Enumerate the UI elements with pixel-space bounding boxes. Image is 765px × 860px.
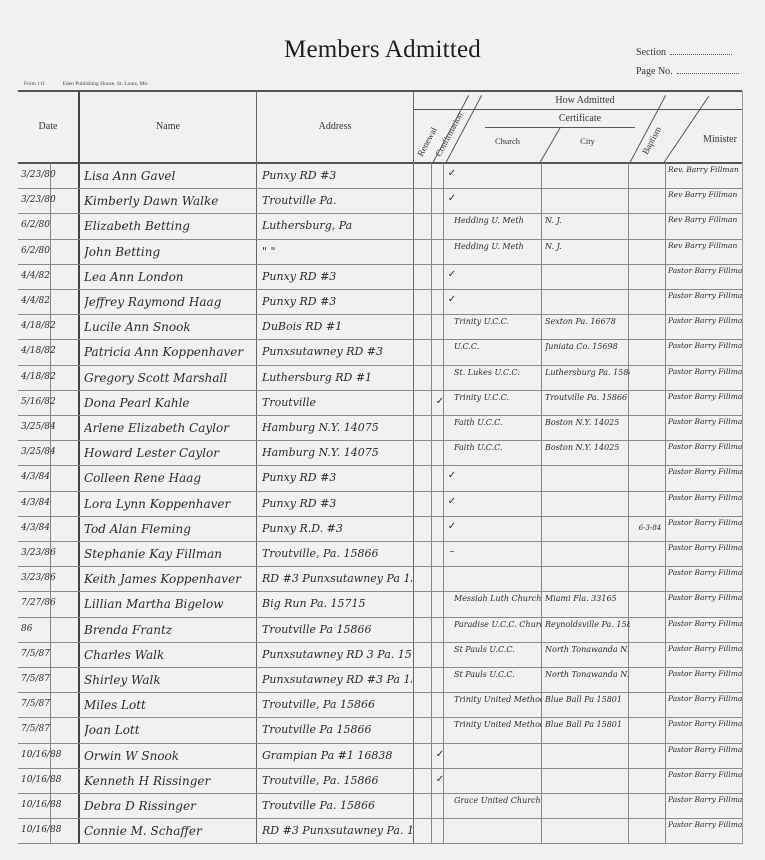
date-cell: 3/23/80 (21, 188, 79, 213)
baptism-cell (630, 818, 670, 843)
address-cell: RD #3 Punxsutawney Pa 15767 (262, 566, 412, 591)
church-cell: Hedding U. Meth (454, 239, 542, 267)
city-cell: North Tonawanda N.Y. 14120 (545, 667, 630, 695)
date-cell: 3/25/84 (21, 415, 79, 440)
baptism-cell (630, 390, 670, 415)
city-cell: Boston N.Y. 14025 (545, 415, 630, 443)
table-row[interactable]: 86 Brenda Frantz Troutville Pa 15866 Par… (18, 617, 742, 642)
date-cell: 4/3/84 (21, 491, 79, 516)
church-cell (454, 289, 542, 317)
table-row[interactable]: 4/3/84 Colleen Rene Haag Punxy RD #3 ✓ P… (18, 465, 742, 490)
city-cell (545, 491, 630, 519)
baptism-cell (630, 692, 670, 717)
name-cell: Howard Lester Caylor (84, 440, 256, 465)
minister-cell: Pastor Barry Fillman (668, 591, 742, 618)
baptism-cell (630, 163, 670, 188)
baptism-cell (630, 617, 670, 642)
city-cell (545, 289, 630, 317)
name-cell: Patricia Ann Koppenhaver (84, 339, 256, 364)
baptism-cell: 6-3-84 (630, 516, 670, 541)
column-church: Church (475, 136, 540, 146)
minister-cell: Rev Barry Fillman (668, 239, 742, 266)
baptism-cell (630, 566, 670, 591)
baptism-cell (630, 188, 670, 213)
address-cell: Punxy RD #3 (262, 264, 412, 289)
name-cell: Elizabeth Betting (84, 213, 256, 238)
minister-cell: Pastor Barry Fillman (668, 642, 742, 669)
city-cell: Juniata Co. 15698 (545, 339, 630, 367)
date-cell: 7/5/87 (21, 717, 79, 742)
column-address: Address (257, 121, 413, 132)
date-cell: 10/16/88 (21, 768, 79, 793)
name-cell: Debra D Rissinger (84, 793, 256, 818)
address-cell: Punxsutawney RD #3 Pa 15767 (262, 667, 412, 692)
address-cell: Punxy R.D. #3 (262, 516, 412, 541)
publisher: Eden Publishing House, St. Louis, Mo. (63, 81, 149, 87)
name-cell: John Betting (84, 239, 256, 264)
church-cell (454, 465, 542, 493)
minister-cell: Pastor Barry Fillman (668, 541, 742, 568)
date-cell: 7/5/87 (21, 692, 79, 717)
address-cell: Luthersburg, Pa (262, 213, 412, 238)
church-cell: Hedding U. Meth (454, 213, 542, 241)
date-cell: 10/16/88 (21, 818, 79, 843)
city-cell: Reynoldsville Pa. 15851 (545, 617, 630, 645)
table-row[interactable]: 3/23/86 Stephanie Kay Fillman Troutville… (18, 541, 742, 566)
church-cell: St Pauls U.C.C. (454, 642, 542, 670)
city-cell (545, 465, 630, 493)
address-cell: Troutville Pa 15866 (262, 717, 412, 742)
table-row[interactable]: 3/23/80 Kimberly Dawn Walke Troutville P… (18, 188, 742, 213)
section-label: Section (636, 47, 732, 58)
address-cell: " " (262, 239, 412, 264)
city-cell: Blue Ball Pa 15801 (545, 717, 630, 745)
table-row[interactable]: 4/4/82 Jeffrey Raymond Haag Punxy RD #3 … (18, 289, 742, 314)
name-cell: Orwin W Snook (84, 743, 256, 768)
table-row[interactable]: 7/5/87 Miles Lott Troutville, Pa 15866 T… (18, 692, 742, 717)
column-certificate: Certificate (505, 113, 655, 124)
minister-cell: Pastor Barry Fillman (668, 717, 742, 744)
date-cell: 3/25/84 (21, 440, 79, 465)
minister-cell: Rev. Barry Fillman (668, 163, 742, 190)
table-row[interactable]: 4/3/84 Lora Lynn Koppenhaver Punxy RD #3… (18, 491, 742, 516)
city-cell: Blue Ball Pa 15801 (545, 692, 630, 720)
city-cell: North Tonawanda N.Y. 14120 (545, 642, 630, 670)
name-cell: Lora Lynn Koppenhaver (84, 491, 256, 516)
name-cell: Gregory Scott Marshall (84, 365, 256, 390)
date-cell: 3/23/86 (21, 566, 79, 591)
minister-cell: Pastor Barry Fillman (668, 743, 742, 770)
church-cell: Trinity United Methodist Church (454, 717, 542, 745)
name-cell: Joan Lott (84, 717, 256, 742)
baptism-cell (630, 667, 670, 692)
date-cell: 10/16/88 (21, 793, 79, 818)
church-cell: Paradise U.C.C. Church (454, 617, 542, 645)
name-cell: Jeffrey Raymond Haag (84, 289, 256, 314)
table-row[interactable]: 7/5/87 Charles Walk Punxsutawney RD 3 Pa… (18, 642, 742, 667)
minister-cell: Pastor Barry Fillman (668, 516, 742, 543)
name-cell: Lucile Ann Snook (84, 314, 256, 339)
name-cell: Tod Alan Fleming (84, 516, 256, 541)
church-cell: Messiah Luth Church (454, 591, 542, 619)
city-cell: N. J. (545, 239, 630, 267)
table-row[interactable]: 10/16/88 Connie M. Schaffer RD #3 Punxsu… (18, 818, 742, 843)
name-cell: Arlene Elizabeth Caylor (84, 415, 256, 440)
name-cell: Miles Lott (84, 692, 256, 717)
minister-cell: Pastor Barry Fillman (668, 465, 742, 492)
column-name: Name (80, 121, 256, 132)
minister-cell: Rev Barry Fillman (668, 188, 742, 215)
name-cell: Connie M. Schaffer (84, 818, 256, 843)
church-cell: Grace United Church Sykesville (454, 793, 542, 821)
table-row[interactable]: 7/5/87 Joan Lott Troutville Pa 15866 Tri… (18, 717, 742, 742)
name-cell: Kimberly Dawn Walke (84, 188, 256, 213)
date-cell: 4/3/84 (21, 516, 79, 541)
date-cell: 6/2/80 (21, 239, 79, 264)
date-cell: 4/18/82 (21, 314, 79, 339)
minister-cell: Pastor Barry Fillman (668, 289, 742, 316)
city-cell: Miami Fla. 33165 (545, 591, 630, 619)
baptism-cell (630, 339, 670, 364)
baptism-cell (630, 642, 670, 667)
city-cell (545, 188, 630, 216)
church-cell: U.C.C. (454, 339, 542, 367)
address-cell: Troutville, Pa. 15866 (262, 768, 412, 793)
table-row[interactable]: 10/16/88 Orwin W Snook Grampian Pa #1 16… (18, 743, 742, 768)
address-cell: Troutville, Pa. 15866 (262, 541, 412, 566)
baptism-cell (630, 768, 670, 793)
baptism-cell (630, 239, 670, 264)
table-row[interactable]: 3/25/84 Arlene Elizabeth Caylor Hamburg … (18, 415, 742, 440)
address-cell: Punxy RD #3 (262, 163, 412, 188)
address-cell: Troutville Pa. (262, 188, 412, 213)
address-cell: Troutville Pa 15866 (262, 617, 412, 642)
minister-cell: Pastor Barry Fillman (668, 491, 742, 518)
minister-cell: Rev Barry Fillman (668, 213, 742, 240)
table-row[interactable]: 10/16/88 Kenneth H Rissinger Troutville,… (18, 768, 742, 793)
table-row[interactable]: 3/23/80 Lisa Ann Gavel Punxy RD #3 ✓ Rev… (18, 163, 742, 188)
city-cell (545, 768, 630, 796)
date-cell: 4/18/82 (21, 339, 79, 364)
name-cell: Shirley Walk (84, 667, 256, 692)
page-label-text: Page No. (636, 66, 673, 77)
date-cell: 4/3/84 (21, 465, 79, 490)
date-cell: 7/5/87 (21, 667, 79, 692)
column-minister: Minister (690, 134, 750, 145)
minister-cell: Pastor Barry Fillman (668, 793, 742, 820)
minister-cell: Pastor Barry Fillman (668, 365, 742, 392)
minister-cell: Pastor Barry Fillman (668, 667, 742, 694)
baptism-cell (630, 793, 670, 818)
name-cell: Lea Ann London (84, 264, 256, 289)
table-row[interactable]: 4/18/82 Lucile Ann Snook DuBois RD #1 Tr… (18, 314, 742, 339)
date-cell: 4/18/82 (21, 365, 79, 390)
table-row[interactable]: 6/2/80 John Betting " " Hedding U. Meth … (18, 239, 742, 264)
church-cell (454, 264, 542, 292)
church-cell: Trinity U.C.C. (454, 390, 542, 418)
city-cell: Sexton Pa. 16678 (545, 314, 630, 342)
city-cell (545, 541, 630, 569)
date-cell: 4/4/82 (21, 289, 79, 314)
name-cell: Keith James Koppenhaver (84, 566, 256, 591)
table-row[interactable]: 7/27/86 Lillian Martha Bigelow Big Run P… (18, 591, 742, 616)
address-cell: Grampian Pa #1 16838 (262, 743, 412, 768)
column-date: Date (18, 121, 78, 132)
name-cell: Stephanie Kay Fillman (84, 541, 256, 566)
date-cell: 3/23/86 (21, 541, 79, 566)
address-cell: Punxy RD #3 (262, 491, 412, 516)
address-cell: Punxsutawney RD #3 (262, 339, 412, 364)
city-cell: Luthersburg Pa. 15848 (545, 365, 630, 393)
table-row[interactable]: 6/2/80 Elizabeth Betting Luthersburg, Pa… (18, 213, 742, 238)
minister-cell: Pastor Barry Fillman (668, 818, 742, 845)
church-cell: Trinity U.C.C. (454, 314, 542, 342)
table-row[interactable]: 3/23/86 Keith James Koppenhaver RD #3 Pu… (18, 566, 742, 591)
church-cell (454, 743, 542, 771)
date-cell: 4/4/82 (21, 264, 79, 289)
city-cell (545, 743, 630, 771)
date-cell: 5/16/82 (21, 390, 79, 415)
address-cell: Luthersburg RD #1 (262, 365, 412, 390)
church-cell: St. Lukes U.C.C. (454, 365, 542, 393)
address-cell: DuBois RD #1 (262, 314, 412, 339)
address-cell: Punxy RD #3 (262, 289, 412, 314)
church-cell: Faith U.C.C. (454, 440, 542, 468)
date-cell: 7/5/87 (21, 642, 79, 667)
minister-cell: Pastor Barry Fillman (668, 390, 742, 417)
register-page: Members Admitted Section Page No. Form 1… (0, 0, 765, 860)
address-cell: RD #3 Punxsutawney Pa. 15767 (262, 818, 412, 843)
table-row[interactable]: 4/18/82 Patricia Ann Koppenhaver Punxsut… (18, 339, 742, 364)
name-cell: Dona Pearl Kahle (84, 390, 256, 415)
baptism-cell (630, 717, 670, 742)
date-cell: 7/27/86 (21, 591, 79, 616)
form-info: Form 111 Eden Publishing House, St. Loui… (24, 81, 165, 87)
city-cell: N. J. (545, 213, 630, 241)
table-row[interactable]: 4/18/82 Gregory Scott Marshall Luthersbu… (18, 365, 742, 390)
city-cell (545, 264, 630, 292)
address-cell: Hamburg N.Y. 14075 (262, 415, 412, 440)
table-row[interactable]: 4/3/84 Tod Alan Fleming Punxy R.D. #3 ✓ … (18, 516, 742, 541)
church-cell (454, 516, 542, 544)
table-row[interactable]: 5/16/82 Dona Pearl Kahle Troutville ✓ Tr… (18, 390, 742, 415)
column-baptism: Baptism (640, 125, 663, 156)
date-cell: 10/16/88 (21, 743, 79, 768)
name-cell: Colleen Rene Haag (84, 465, 256, 490)
church-cell (454, 818, 542, 846)
address-cell: Big Run Pa. 15715 (262, 591, 412, 616)
minister-cell: Pastor Barry Fillman (668, 339, 742, 366)
date-cell: 3/23/80 (21, 163, 79, 188)
baptism-cell (630, 743, 670, 768)
address-cell: Hamburg N.Y. 14075 (262, 440, 412, 465)
baptism-cell (630, 314, 670, 339)
baptism-cell (630, 415, 670, 440)
city-cell: Troutville Pa. 15866 (545, 390, 630, 418)
minister-cell: Pastor Barry Fillman (668, 440, 742, 467)
minister-cell: Pastor Barry Fillman (668, 768, 742, 795)
column-city: City (555, 136, 620, 146)
address-cell: Troutville Pa. 15866 (262, 793, 412, 818)
table-row[interactable]: 4/4/82 Lea Ann London Punxy RD #3 ✓ Past… (18, 264, 742, 289)
minister-cell: Pastor Barry Fillman (668, 314, 742, 341)
baptism-cell (630, 264, 670, 289)
baptism-cell (630, 465, 670, 490)
name-cell: Lisa Ann Gavel (84, 163, 256, 188)
baptism-cell (630, 213, 670, 238)
baptism-cell (630, 591, 670, 616)
page-number-label: Page No. (636, 66, 739, 77)
baptism-cell (630, 365, 670, 390)
church-cell: Trinity United Methodist Church (454, 692, 542, 720)
table-row[interactable]: 10/16/88 Debra D Rissinger Troutville Pa… (18, 793, 742, 818)
church-cell (454, 163, 542, 191)
city-cell: Boston N.Y. 14025 (545, 440, 630, 468)
minister-cell: Pastor Barry Fillman (668, 264, 742, 291)
minister-cell: Pastor Barry Fillman (668, 415, 742, 442)
city-cell (545, 793, 630, 821)
section-label-text: Section (636, 47, 666, 58)
name-cell: Lillian Martha Bigelow (84, 591, 256, 616)
city-cell (545, 818, 630, 846)
minister-cell: Pastor Barry Fillman (668, 692, 742, 719)
address-cell: Troutville (262, 390, 412, 415)
minister-cell: Pastor Barry Fillman (668, 617, 742, 644)
date-cell: 86 (21, 617, 79, 642)
church-cell (454, 188, 542, 216)
minister-cell: Pastor Barry Fillman (668, 566, 742, 593)
city-cell (545, 516, 630, 544)
baptism-cell (630, 289, 670, 314)
church-cell: St Pauls U.C.C. (454, 667, 542, 695)
table-row[interactable]: 3/25/84 Howard Lester Caylor Hamburg N.Y… (18, 440, 742, 465)
church-cell (454, 491, 542, 519)
name-cell: Kenneth H Rissinger (84, 768, 256, 793)
form-number: Form 111 (24, 81, 45, 87)
church-cell: Faith U.C.C. (454, 415, 542, 443)
baptism-cell (630, 541, 670, 566)
baptism-cell (630, 440, 670, 465)
table-row[interactable]: 7/5/87 Shirley Walk Punxsutawney RD #3 P… (18, 667, 742, 692)
address-cell: Punxy RD #3 (262, 465, 412, 490)
city-cell (545, 163, 630, 191)
city-cell (545, 566, 630, 594)
address-cell: Troutville, Pa 15866 (262, 692, 412, 717)
church-cell (454, 566, 542, 594)
column-how-admitted: How Admitted (440, 95, 730, 106)
church-cell (454, 768, 542, 796)
date-cell: 6/2/80 (21, 213, 79, 238)
address-cell: Punxsutawney RD 3 Pa. 15767 (262, 642, 412, 667)
baptism-cell (630, 491, 670, 516)
name-cell: Charles Walk (84, 642, 256, 667)
church-cell (454, 541, 542, 569)
name-cell: Brenda Frantz (84, 617, 256, 642)
